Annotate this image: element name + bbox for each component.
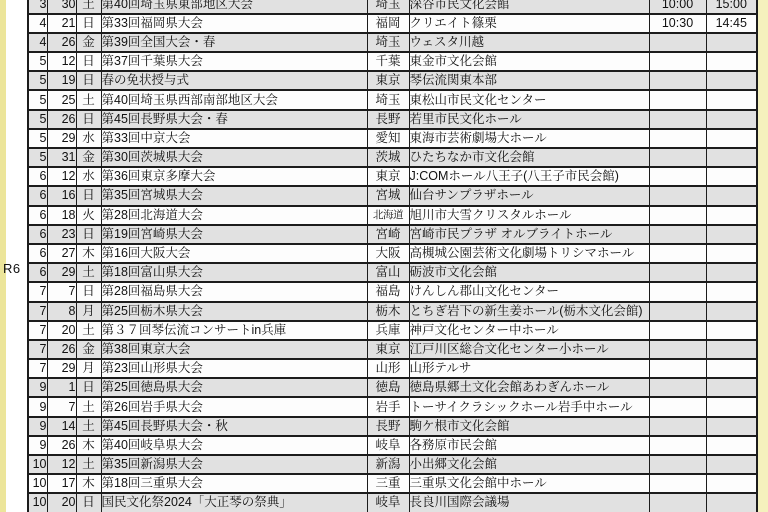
cell-venue: 琴伝流関東本部 bbox=[409, 71, 649, 90]
cell-venue: 山形テルサ bbox=[409, 359, 649, 378]
cell-venue: 東海市芸術劇場大ホール bbox=[409, 129, 649, 148]
table-row: 720土第３７回琴伝流コンサートin兵庫兵庫神戸文化センター中ホール bbox=[28, 321, 757, 340]
cell-event: 春の免状授与式 bbox=[101, 71, 367, 90]
cell-start bbox=[649, 417, 706, 436]
cell-event: 第35回新潟県大会 bbox=[101, 455, 367, 474]
cell-month: 9 bbox=[28, 378, 47, 397]
table-row: 97土第26回岩手県大会岩手トーサイクラシックホール岩手中ホール bbox=[28, 397, 757, 416]
cell-start bbox=[649, 71, 706, 90]
cell-event: 第28回福島県大会 bbox=[101, 282, 367, 301]
cell-day: 26 bbox=[47, 340, 76, 359]
cell-start: 10:30 bbox=[649, 14, 706, 33]
cell-month: 7 bbox=[28, 282, 47, 301]
cell-pref: 岩手 bbox=[367, 397, 409, 416]
cell-end bbox=[706, 71, 757, 90]
table-row: 78月第25回栃木県大会栃木とちぎ岩下の新生姜ホール(栃木文化会館) bbox=[28, 302, 757, 321]
cell-start bbox=[649, 302, 706, 321]
cell-venue: 長良川国際会議場 bbox=[409, 493, 649, 512]
table-row: 627木第16回大阪大会大阪高槻城公園芸術文化劇場トリシマホール bbox=[28, 244, 757, 263]
cell-month: 9 bbox=[28, 397, 47, 416]
table-row: 531金第30回茨城県大会茨城ひたちなか市文化会館 bbox=[28, 148, 757, 167]
table-row: 1020日国民文化祭2024「大正琴の祭典」岐阜長良川国際会議場 bbox=[28, 493, 757, 512]
schedule-body: 330土第40回埼玉県東部地区大会埼玉深谷市民文化会館10:0015:00421… bbox=[28, 0, 757, 512]
cell-venue: 駒ケ根市文化会館 bbox=[409, 417, 649, 436]
cell-venue: J:COMホール八王子(八王子市民会館) bbox=[409, 167, 649, 186]
cell-day: 7 bbox=[47, 282, 76, 301]
cell-end bbox=[706, 263, 757, 282]
cell-event: 第39回全国大会・春 bbox=[101, 33, 367, 52]
cell-end bbox=[706, 455, 757, 474]
cell-end bbox=[706, 397, 757, 416]
cell-venue: 東松山市民文化センター bbox=[409, 90, 649, 109]
cell-end: 14:45 bbox=[706, 14, 757, 33]
table-row: 519日春の免状授与式東京琴伝流関東本部 bbox=[28, 71, 757, 90]
cell-start bbox=[649, 244, 706, 263]
cell-weekday: 金 bbox=[76, 340, 101, 359]
cell-month: 9 bbox=[28, 436, 47, 455]
schedule-photo-page: R6 330土第40回埼玉県東部地区大会埼玉深谷市民文化会館10:0015:00… bbox=[0, 0, 768, 512]
cell-day: 12 bbox=[47, 167, 76, 186]
cell-end bbox=[706, 33, 757, 52]
cell-day: 12 bbox=[47, 455, 76, 474]
cell-month: 9 bbox=[28, 417, 47, 436]
table-row: 612水第36回東京多摩大会東京J:COMホール八王子(八王子市民会館) bbox=[28, 167, 757, 186]
cell-month: 3 bbox=[28, 0, 47, 14]
cell-pref: 愛知 bbox=[367, 129, 409, 148]
cell-month: 6 bbox=[28, 206, 47, 225]
cell-pref: 岐阜 bbox=[367, 436, 409, 455]
cell-month: 5 bbox=[28, 129, 47, 148]
cell-event: 第40回埼玉県西部南部地区大会 bbox=[101, 90, 367, 109]
cell-weekday: 水 bbox=[76, 167, 101, 186]
cell-day: 17 bbox=[47, 474, 76, 493]
cell-end bbox=[706, 493, 757, 512]
cell-end bbox=[706, 148, 757, 167]
cell-end bbox=[706, 244, 757, 263]
cell-start bbox=[649, 52, 706, 71]
table-row: 525土第40回埼玉県西部南部地区大会埼玉東松山市民文化センター bbox=[28, 90, 757, 109]
cell-month: 5 bbox=[28, 52, 47, 71]
cell-weekday: 日 bbox=[76, 52, 101, 71]
cell-venue: 徳島県郷土文化会館あわぎんホール bbox=[409, 378, 649, 397]
cell-month: 7 bbox=[28, 302, 47, 321]
cell-day: 31 bbox=[47, 148, 76, 167]
cell-end bbox=[706, 129, 757, 148]
cell-event: 第40回岐阜県大会 bbox=[101, 436, 367, 455]
cell-pref: 東京 bbox=[367, 340, 409, 359]
cell-pref: 福岡 bbox=[367, 14, 409, 33]
cell-weekday: 木 bbox=[76, 436, 101, 455]
cell-pref: 宮城 bbox=[367, 186, 409, 205]
cell-venue: 砺波市文化会館 bbox=[409, 263, 649, 282]
table-row: 618火第28回北海道大会北海道旭川市大雪クリスタルホール bbox=[28, 206, 757, 225]
cell-venue: クリエイト篠栗 bbox=[409, 14, 649, 33]
cell-day: 26 bbox=[47, 110, 76, 129]
frame-left-edge bbox=[0, 0, 6, 512]
cell-event: 第18回富山県大会 bbox=[101, 263, 367, 282]
table-row: 426金第39回全国大会・春埼玉ウェスタ川越 bbox=[28, 33, 757, 52]
cell-end bbox=[706, 225, 757, 244]
cell-event: 第16回大阪大会 bbox=[101, 244, 367, 263]
cell-event: 第45回長野県大会・春 bbox=[101, 110, 367, 129]
cell-weekday: 土 bbox=[76, 90, 101, 109]
cell-event: 第38回東京大会 bbox=[101, 340, 367, 359]
cell-venue: 仙台サンプラザホール bbox=[409, 186, 649, 205]
cell-pref: 埼玉 bbox=[367, 0, 409, 14]
cell-day: 21 bbox=[47, 14, 76, 33]
cell-end bbox=[706, 378, 757, 397]
cell-month: 5 bbox=[28, 148, 47, 167]
cell-start bbox=[649, 33, 706, 52]
cell-weekday: 金 bbox=[76, 33, 101, 52]
cell-month: 6 bbox=[28, 167, 47, 186]
cell-venue: 江戸川区総合文化センター小ホール bbox=[409, 340, 649, 359]
cell-month: 10 bbox=[28, 455, 47, 474]
cell-day: 26 bbox=[47, 436, 76, 455]
cell-pref: 山形 bbox=[367, 359, 409, 378]
cell-day: 29 bbox=[47, 263, 76, 282]
cell-venue: 若里市民文化ホール bbox=[409, 110, 649, 129]
cell-day: 1 bbox=[47, 378, 76, 397]
cell-weekday: 水 bbox=[76, 129, 101, 148]
cell-start bbox=[649, 263, 706, 282]
cell-weekday: 木 bbox=[76, 244, 101, 263]
cell-end bbox=[706, 321, 757, 340]
cell-venue: 深谷市民文化会館 bbox=[409, 0, 649, 14]
cell-event: 第33回福岡県大会 bbox=[101, 14, 367, 33]
cell-pref: 長野 bbox=[367, 417, 409, 436]
cell-start bbox=[649, 186, 706, 205]
cell-pref: 大阪 bbox=[367, 244, 409, 263]
cell-event: 第26回岩手県大会 bbox=[101, 397, 367, 416]
cell-end bbox=[706, 206, 757, 225]
table-row: 77日第28回福島県大会福島けんしん郡山文化センター bbox=[28, 282, 757, 301]
cell-end bbox=[706, 282, 757, 301]
table-row: 616日第35回宮城県大会宮城仙台サンプラザホール bbox=[28, 186, 757, 205]
cell-weekday: 日 bbox=[76, 186, 101, 205]
table-row: 421日第33回福岡県大会福岡クリエイト篠栗10:3014:45 bbox=[28, 14, 757, 33]
table-row: 914土第45回長野県大会・秋長野駒ケ根市文化会館 bbox=[28, 417, 757, 436]
cell-start bbox=[649, 90, 706, 109]
cell-month: 6 bbox=[28, 225, 47, 244]
cell-month: 10 bbox=[28, 474, 47, 493]
cell-pref: 富山 bbox=[367, 263, 409, 282]
cell-day: 29 bbox=[47, 129, 76, 148]
cell-pref: 福島 bbox=[367, 282, 409, 301]
cell-end: 15:00 bbox=[706, 0, 757, 14]
cell-month: 5 bbox=[28, 71, 47, 90]
cell-month: 6 bbox=[28, 244, 47, 263]
cell-weekday: 日 bbox=[76, 493, 101, 512]
cell-event: 第23回山形県大会 bbox=[101, 359, 367, 378]
cell-pref: 栃木 bbox=[367, 302, 409, 321]
table-row: 1017木第18回三重県大会三重三重県文化会館中ホール bbox=[28, 474, 757, 493]
cell-event: 国民文化祭2024「大正琴の祭典」 bbox=[101, 493, 367, 512]
cell-day: 20 bbox=[47, 321, 76, 340]
table-row: 330土第40回埼玉県東部地区大会埼玉深谷市民文化会館10:0015:00 bbox=[28, 0, 757, 14]
cell-weekday: 土 bbox=[76, 321, 101, 340]
cell-weekday: 金 bbox=[76, 148, 101, 167]
cell-month: 5 bbox=[28, 90, 47, 109]
cell-pref: 兵庫 bbox=[367, 321, 409, 340]
cell-weekday: 月 bbox=[76, 302, 101, 321]
cell-venue: ウェスタ川越 bbox=[409, 33, 649, 52]
cell-end bbox=[706, 302, 757, 321]
cell-start: 10:00 bbox=[649, 0, 706, 14]
cell-end bbox=[706, 340, 757, 359]
table-row: 529水第33回中京大会愛知東海市芸術劇場大ホール bbox=[28, 129, 757, 148]
cell-pref: 茨城 bbox=[367, 148, 409, 167]
cell-pref: 東京 bbox=[367, 167, 409, 186]
cell-start bbox=[649, 493, 706, 512]
table-row: 526日第45回長野県大会・春長野若里市民文化ホール bbox=[28, 110, 757, 129]
cell-pref: 千葉 bbox=[367, 52, 409, 71]
cell-start bbox=[649, 206, 706, 225]
cell-start bbox=[649, 436, 706, 455]
cell-month: 10 bbox=[28, 493, 47, 512]
cell-start bbox=[649, 378, 706, 397]
cell-venue: 三重県文化会館中ホール bbox=[409, 474, 649, 493]
cell-weekday: 木 bbox=[76, 474, 101, 493]
cell-month: 7 bbox=[28, 340, 47, 359]
cell-end bbox=[706, 167, 757, 186]
cell-pref: 三重 bbox=[367, 474, 409, 493]
cell-end bbox=[706, 186, 757, 205]
cell-event: 第33回中京大会 bbox=[101, 129, 367, 148]
cell-venue: 宮崎市民プラザ オルブライトホール bbox=[409, 225, 649, 244]
table-row: 623日第19回宮崎県大会宮崎宮崎市民プラザ オルブライトホール bbox=[28, 225, 757, 244]
cell-day: 14 bbox=[47, 417, 76, 436]
cell-venue: けんしん郡山文化センター bbox=[409, 282, 649, 301]
cell-pref: 東京 bbox=[367, 71, 409, 90]
cell-pref: 宮崎 bbox=[367, 225, 409, 244]
cell-end bbox=[706, 474, 757, 493]
cell-weekday: 日 bbox=[76, 71, 101, 90]
cell-day: 20 bbox=[47, 493, 76, 512]
cell-day: 12 bbox=[47, 52, 76, 71]
cell-day: 8 bbox=[47, 302, 76, 321]
cell-weekday: 土 bbox=[76, 397, 101, 416]
cell-end bbox=[706, 436, 757, 455]
cell-weekday: 日 bbox=[76, 14, 101, 33]
cell-weekday: 月 bbox=[76, 359, 101, 378]
cell-end bbox=[706, 90, 757, 109]
cell-event: 第45回長野県大会・秋 bbox=[101, 417, 367, 436]
cell-event: 第36回東京多摩大会 bbox=[101, 167, 367, 186]
table-row: 729月第23回山形県大会山形山形テルサ bbox=[28, 359, 757, 378]
cell-venue: 小出郷文化会館 bbox=[409, 455, 649, 474]
cell-weekday: 日 bbox=[76, 282, 101, 301]
cell-pref: 埼玉 bbox=[367, 90, 409, 109]
cell-event: 第18回三重県大会 bbox=[101, 474, 367, 493]
cell-day: 30 bbox=[47, 0, 76, 14]
cell-start bbox=[649, 282, 706, 301]
cell-end bbox=[706, 359, 757, 378]
cell-venue: ひたちなか市文化会館 bbox=[409, 148, 649, 167]
cell-month: 4 bbox=[28, 14, 47, 33]
cell-day: 25 bbox=[47, 90, 76, 109]
cell-event: 第19回宮崎県大会 bbox=[101, 225, 367, 244]
cell-day: 7 bbox=[47, 397, 76, 416]
cell-weekday: 土 bbox=[76, 417, 101, 436]
cell-start bbox=[649, 321, 706, 340]
cell-month: 6 bbox=[28, 186, 47, 205]
schedule-table: 330土第40回埼玉県東部地区大会埼玉深谷市民文化会館10:0015:00421… bbox=[27, 0, 758, 512]
cell-day: 18 bbox=[47, 206, 76, 225]
cell-weekday: 土 bbox=[76, 455, 101, 474]
cell-start bbox=[649, 110, 706, 129]
cell-month: 7 bbox=[28, 321, 47, 340]
cell-event: 第25回栃木県大会 bbox=[101, 302, 367, 321]
cell-event: 第28回北海道大会 bbox=[101, 206, 367, 225]
cell-start bbox=[649, 340, 706, 359]
cell-pref: 徳島 bbox=[367, 378, 409, 397]
table-row: 629土第18回富山県大会富山砺波市文化会館 bbox=[28, 263, 757, 282]
cell-day: 27 bbox=[47, 244, 76, 263]
cell-event: 第37回千葉県大会 bbox=[101, 52, 367, 71]
cell-start bbox=[649, 359, 706, 378]
cell-month: 7 bbox=[28, 359, 47, 378]
cell-start bbox=[649, 167, 706, 186]
cell-venue: 東金市文化会館 bbox=[409, 52, 649, 71]
cell-venue: とちぎ岩下の新生姜ホール(栃木文化会館) bbox=[409, 302, 649, 321]
cell-weekday: 日 bbox=[76, 110, 101, 129]
frame-right-edge bbox=[757, 0, 768, 512]
cell-day: 23 bbox=[47, 225, 76, 244]
cell-day: 19 bbox=[47, 71, 76, 90]
cell-weekday: 日 bbox=[76, 378, 101, 397]
cell-start bbox=[649, 397, 706, 416]
cell-venue: 高槻城公園芸術文化劇場トリシマホール bbox=[409, 244, 649, 263]
cell-weekday: 火 bbox=[76, 206, 101, 225]
cell-month: 6 bbox=[28, 263, 47, 282]
cell-event: 第35回宮城県大会 bbox=[101, 186, 367, 205]
cell-pref: 埼玉 bbox=[367, 33, 409, 52]
year-label: R6 bbox=[3, 261, 21, 276]
cell-month: 4 bbox=[28, 33, 47, 52]
cell-weekday: 土 bbox=[76, 0, 101, 14]
cell-day: 29 bbox=[47, 359, 76, 378]
cell-event: 第３７回琴伝流コンサートin兵庫 bbox=[101, 321, 367, 340]
table-row: 512日第37回千葉県大会千葉東金市文化会館 bbox=[28, 52, 757, 71]
cell-end bbox=[706, 52, 757, 71]
cell-start bbox=[649, 129, 706, 148]
cell-start bbox=[649, 474, 706, 493]
cell-venue: トーサイクラシックホール岩手中ホール bbox=[409, 397, 649, 416]
cell-pref: 新潟 bbox=[367, 455, 409, 474]
cell-start bbox=[649, 148, 706, 167]
table-row: 1012土第35回新潟県大会新潟小出郷文化会館 bbox=[28, 455, 757, 474]
cell-venue: 各務原市民会館 bbox=[409, 436, 649, 455]
cell-pref: 北海道 bbox=[367, 206, 409, 225]
table-row: 726金第38回東京大会東京江戸川区総合文化センター小ホール bbox=[28, 340, 757, 359]
cell-weekday: 土 bbox=[76, 263, 101, 282]
cell-event: 第30回茨城県大会 bbox=[101, 148, 367, 167]
cell-start bbox=[649, 225, 706, 244]
cell-month: 5 bbox=[28, 110, 47, 129]
cell-start bbox=[649, 455, 706, 474]
cell-weekday: 日 bbox=[76, 225, 101, 244]
table-row: 926木第40回岐阜県大会岐阜各務原市民会館 bbox=[28, 436, 757, 455]
cell-day: 26 bbox=[47, 33, 76, 52]
cell-venue: 旭川市大雪クリスタルホール bbox=[409, 206, 649, 225]
cell-event: 第40回埼玉県東部地区大会 bbox=[101, 0, 367, 14]
cell-event: 第25回徳島県大会 bbox=[101, 378, 367, 397]
cell-pref: 長野 bbox=[367, 110, 409, 129]
cell-end bbox=[706, 417, 757, 436]
cell-pref: 岐阜 bbox=[367, 493, 409, 512]
cell-end bbox=[706, 110, 757, 129]
cell-day: 16 bbox=[47, 186, 76, 205]
table-row: 91日第25回徳島県大会徳島徳島県郷土文化会館あわぎんホール bbox=[28, 378, 757, 397]
cell-venue: 神戸文化センター中ホール bbox=[409, 321, 649, 340]
